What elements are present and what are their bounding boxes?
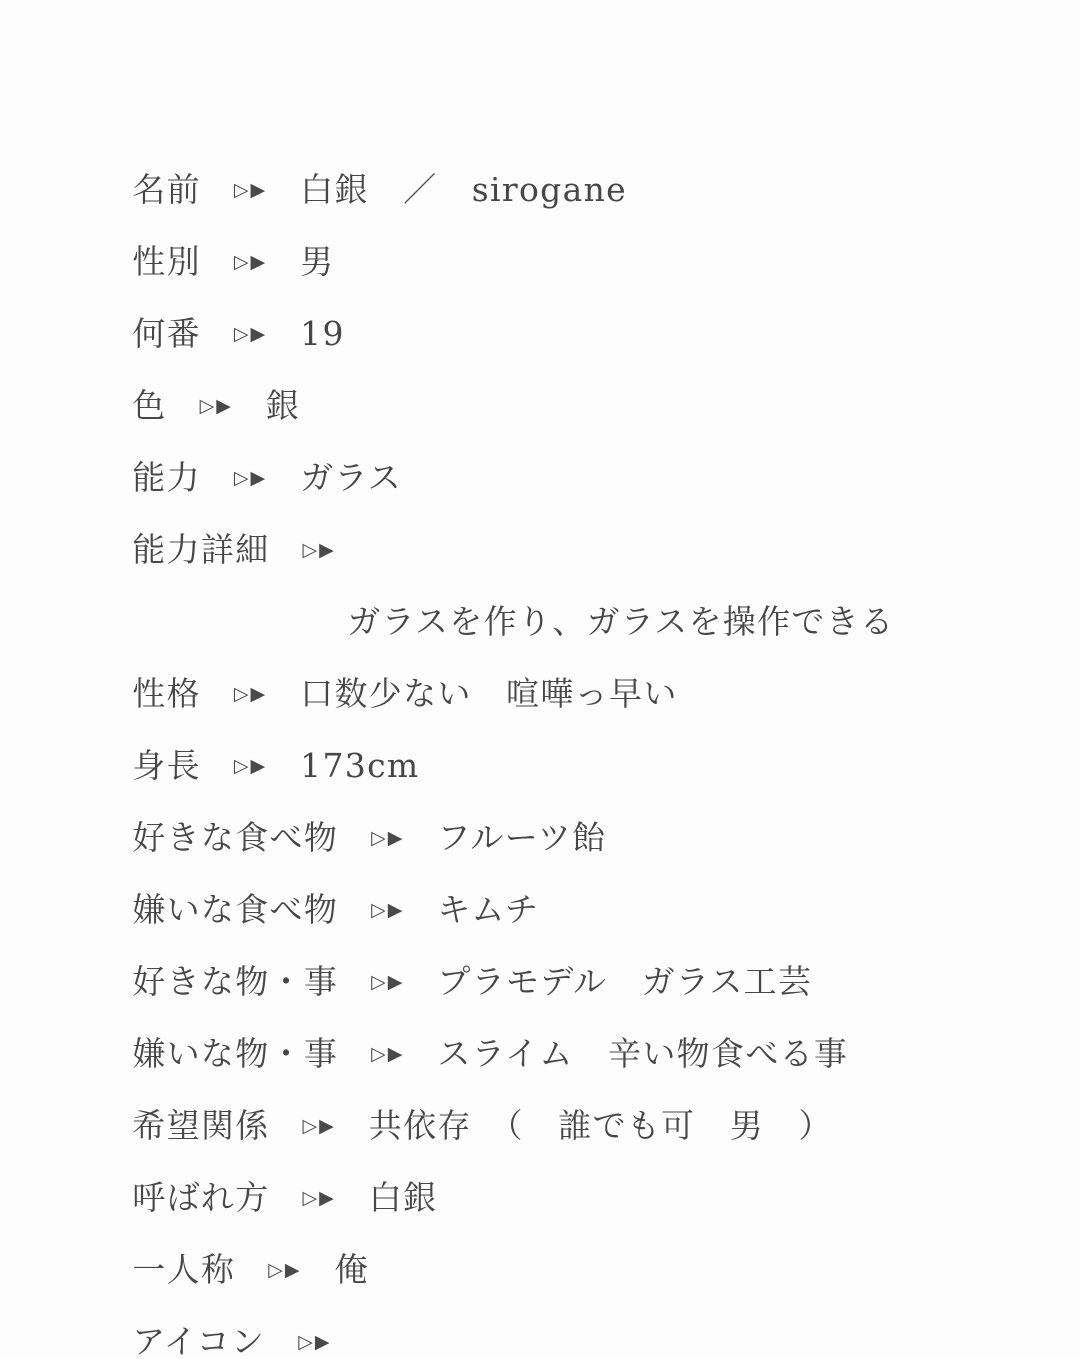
field-value: スライム 辛い物食べる事 [437, 1034, 848, 1073]
field-value: ガラス [300, 458, 402, 497]
profile-row-name: 名前▷▶白銀 ／ sirogane [85, 82, 1080, 154]
field-value: 共依存 （ 誰でも可 男 ） [369, 1106, 833, 1145]
arrow-icon: ▷▶ [303, 539, 336, 561]
arrow-icon: ▷▶ [234, 683, 267, 705]
field-label: 一人称 [132, 1250, 235, 1289]
arrow-icon: ▷▶ [234, 467, 267, 489]
arrow-icon: ▷▶ [298, 1331, 331, 1353]
arrow-icon: ▷▶ [303, 1115, 336, 1137]
field-label: 能力詳細 [132, 530, 269, 569]
field-value: 男 [300, 242, 334, 281]
field-value: フルーツ飴 [437, 818, 606, 857]
ability-detail-text: ガラスを作り、ガラスを操作できる [347, 602, 894, 641]
field-label: 性別 [132, 242, 201, 281]
field-label: 嫌いな物・事 [132, 1034, 338, 1073]
arrow-icon: ▷▶ [234, 323, 267, 345]
field-value: 白銀 [369, 1178, 438, 1217]
field-label: 能力 [132, 458, 201, 497]
field-value: キムチ [437, 890, 539, 929]
arrow-icon: ▷▶ [371, 899, 404, 921]
field-label: 名前 [132, 170, 201, 209]
arrow-icon: ▷▶ [234, 179, 267, 201]
field-label: 好きな物・事 [132, 962, 338, 1001]
field-label: 色 [132, 386, 166, 425]
arrow-icon: ▷▶ [268, 1259, 301, 1281]
arrow-icon: ▷▶ [200, 395, 233, 417]
arrow-icon: ▷▶ [303, 1187, 336, 1209]
arrow-icon: ▷▶ [371, 971, 404, 993]
field-label: 性格 [132, 674, 201, 713]
arrow-icon: ▷▶ [234, 755, 267, 777]
field-value: 俺 [334, 1250, 368, 1289]
field-label: 希望関係 [132, 1106, 269, 1145]
field-label: 呼ばれ方 [132, 1178, 269, 1217]
character-profile-sheet: 名前▷▶白銀 ／ sirogane 性別▷▶男 何番▷▶19 色▷▶銀 能力▷▶… [0, 0, 1080, 1306]
field-value: 口数少ない 喧嘩っ早い [300, 674, 678, 713]
field-label: 身長 [132, 746, 201, 785]
arrow-icon: ▷▶ [371, 827, 404, 849]
field-value: プラモデル ガラス工芸 [437, 962, 812, 1001]
field-value: 173cm [300, 746, 419, 785]
arrow-icon: ▷▶ [234, 251, 267, 273]
field-value: 19 [300, 314, 345, 353]
field-value: 白銀 ／ sirogane [300, 170, 627, 209]
field-label: 何番 [132, 314, 201, 353]
field-label: 好きな食べ物 [132, 818, 338, 857]
field-label: 嫌いな食べ物 [132, 890, 338, 929]
arrow-icon: ▷▶ [371, 1043, 404, 1065]
field-label: アイコン [132, 1322, 265, 1359]
field-value: 銀 [266, 386, 300, 425]
